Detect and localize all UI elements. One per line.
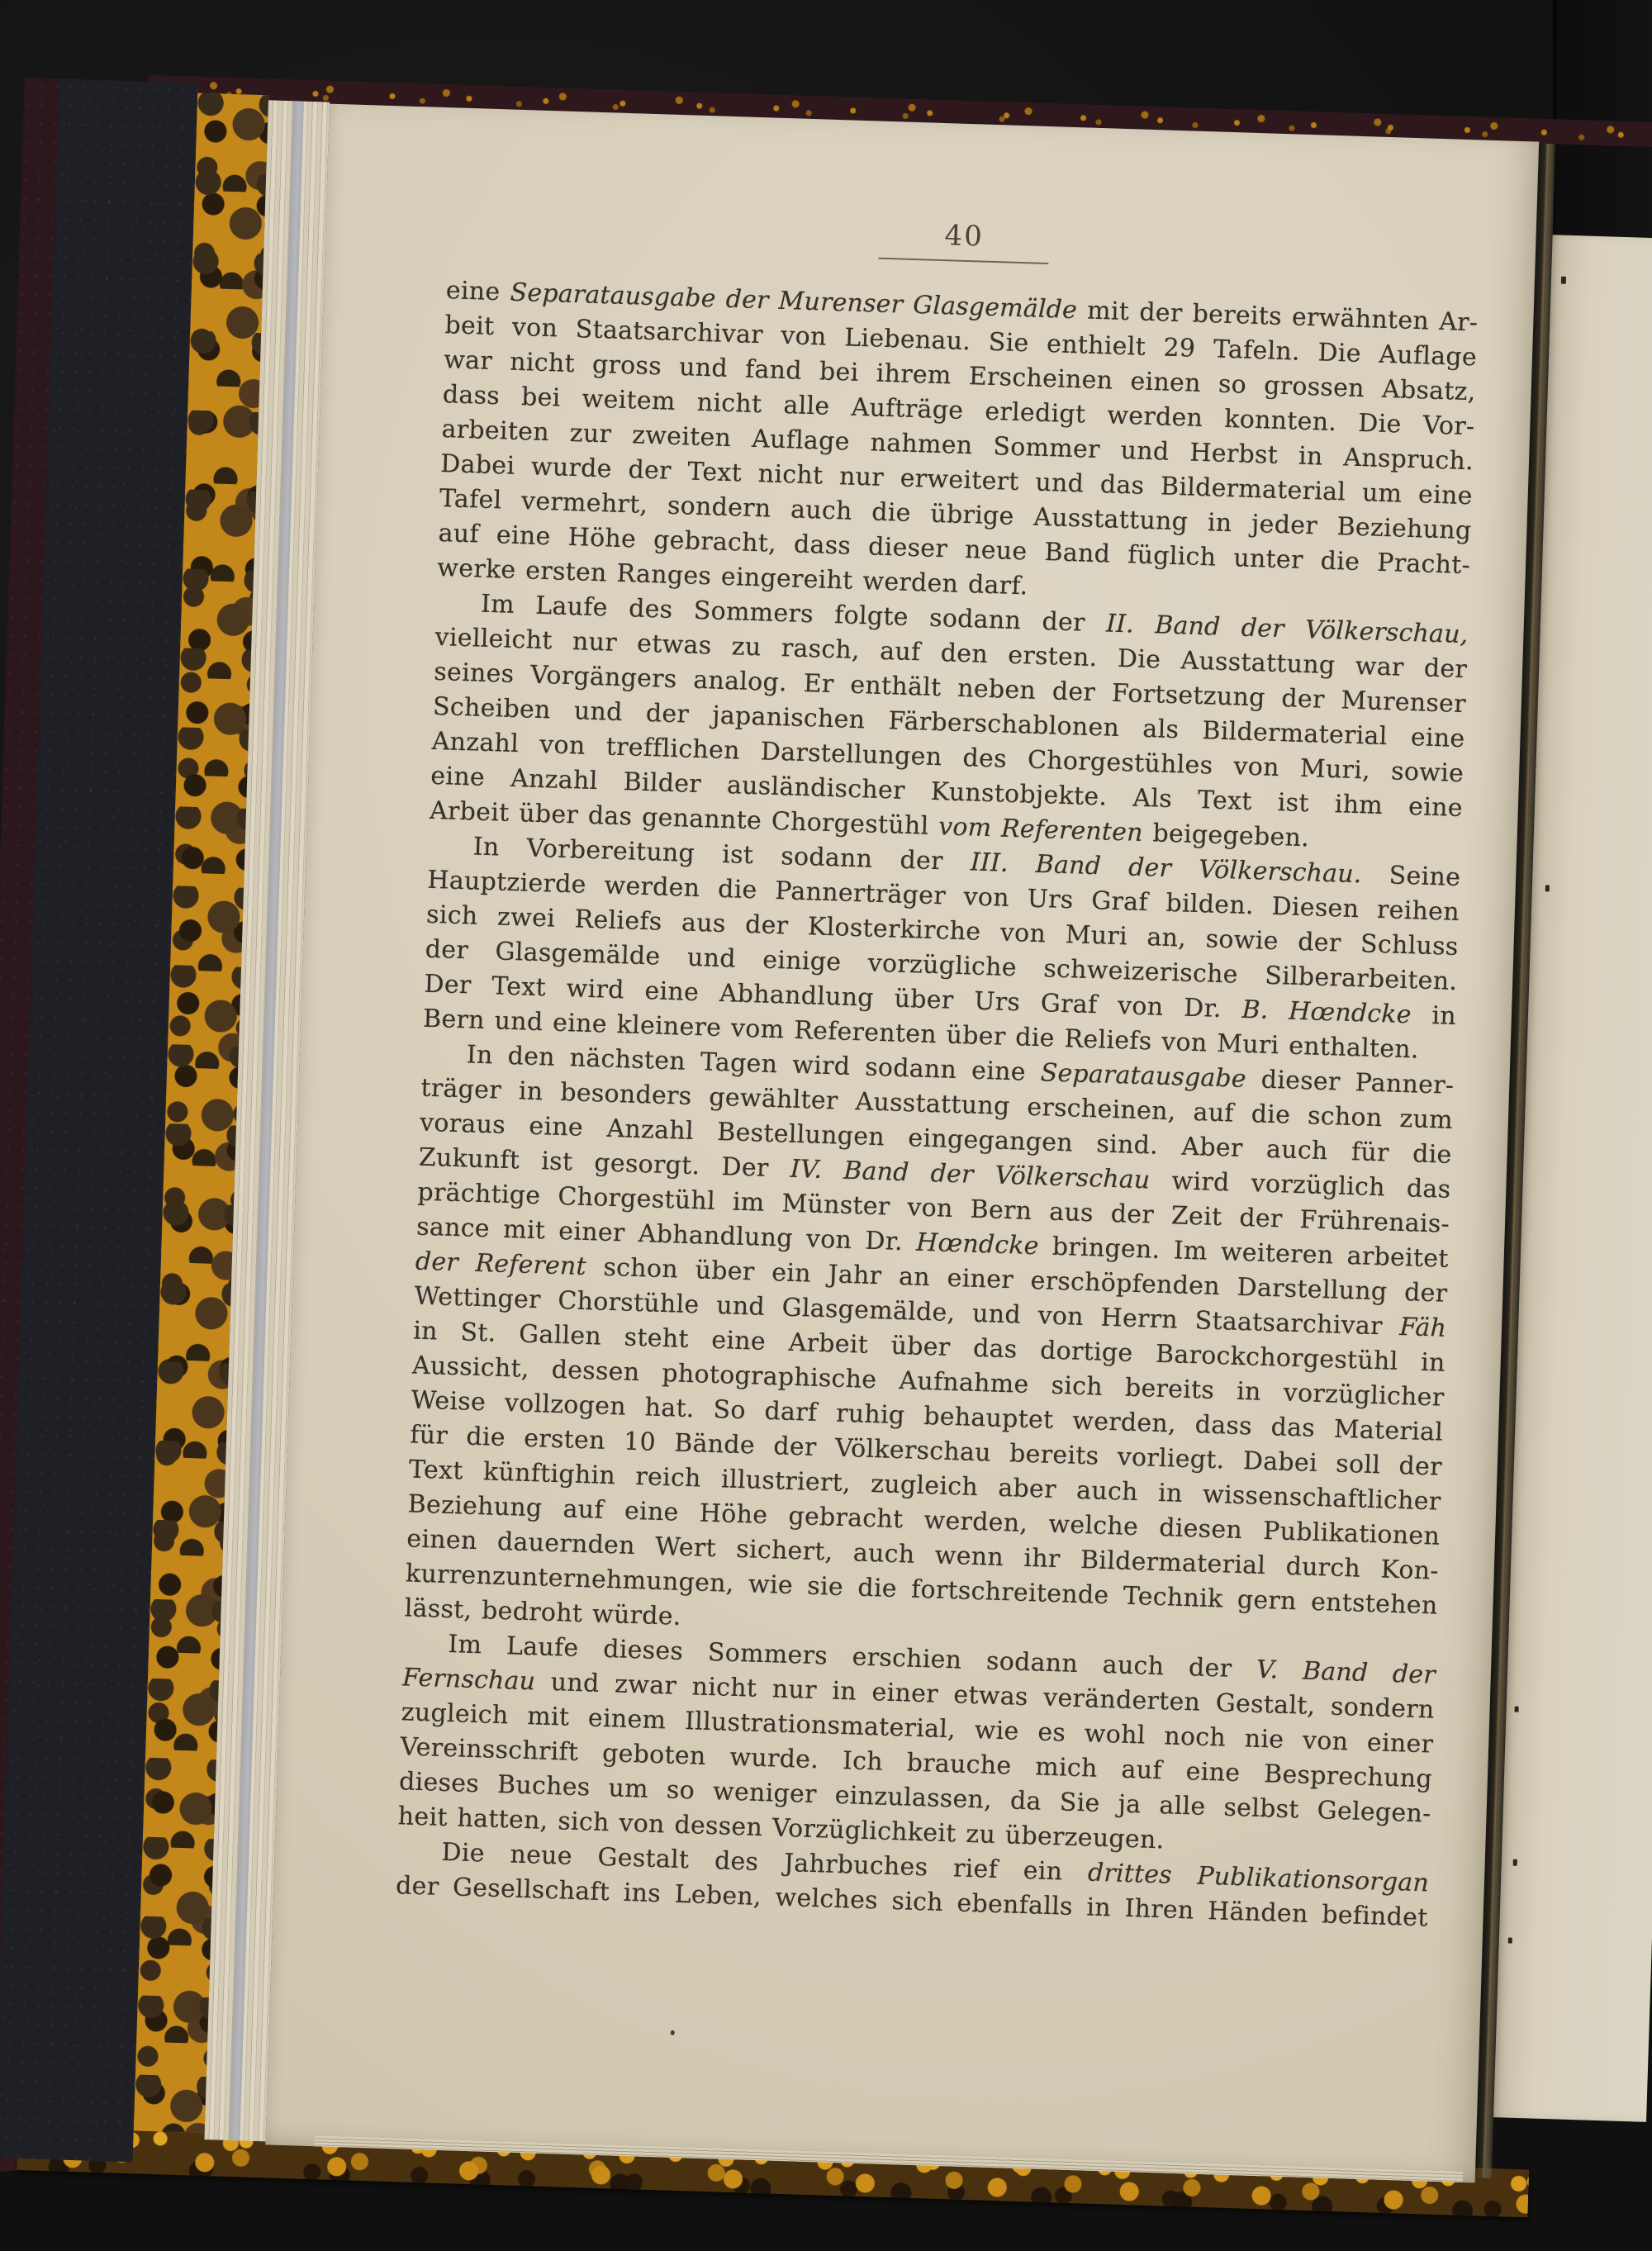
text-block: eine Separatausgabe der Murenser Glasgem… [396, 273, 1479, 1935]
paragraph: eine Separatausgabe der Murenser Glasgem… [437, 273, 1479, 618]
open-book: 40 eine Separatausgabe der Murenser Glas… [0, 71, 1652, 2221]
page-number-rule [878, 258, 1048, 264]
page-content: 40 eine Separatausgabe der Murenser Glas… [265, 104, 1539, 2183]
scanned-book-photo: 40 eine Separatausgabe der Murenser Glas… [0, 0, 1652, 2251]
page-number: 40 [448, 203, 1481, 268]
ink-speck [1508, 1938, 1512, 1944]
paragraph: In Vorbereitung ist sodann der III. Band… [423, 829, 1461, 1069]
paragraph: In den nächsten Tagen wird sodann eine S… [404, 1037, 1455, 1659]
paragraph: Im Laufe dieses Sommers erschien sodann … [397, 1626, 1436, 1866]
ink-speck [1514, 1707, 1518, 1712]
book-page: 40 eine Separatausgabe der Murenser Glas… [265, 104, 1539, 2183]
ink-speck [1545, 885, 1550, 891]
ink-speck [671, 2030, 675, 2035]
paragraph: Im Laufe des Sommers folgte sodann der I… [429, 586, 1469, 861]
ink-speck [1561, 277, 1566, 284]
ink-speck [1513, 1859, 1517, 1866]
page-header: 40 [448, 203, 1481, 278]
